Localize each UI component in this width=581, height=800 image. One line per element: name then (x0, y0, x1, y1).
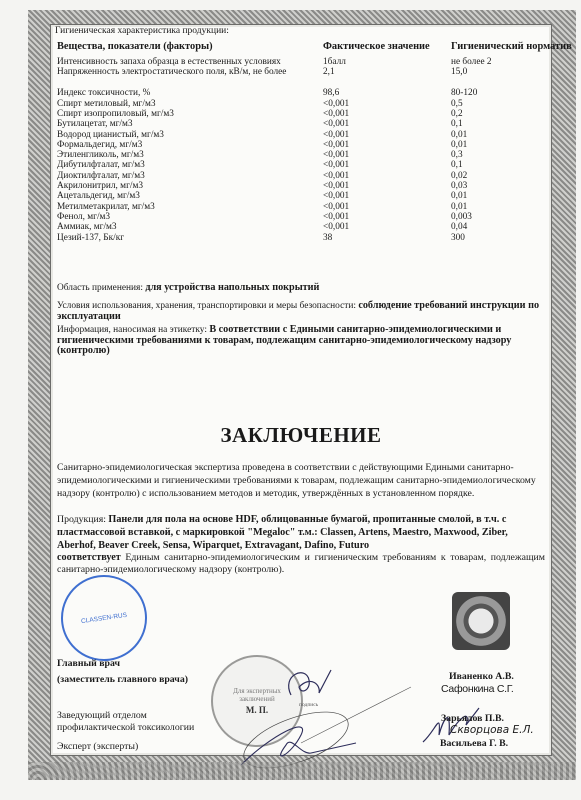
conclusion-text: Санитарно-эпидемиологическая экспертиза … (57, 462, 541, 500)
dept-head-name-handwritten: Скворцова Е.Л. (450, 724, 534, 736)
conclusion-title: ЗАКЛЮЧЕНИЕ (51, 423, 551, 448)
norm-cell: 0,003 (451, 212, 472, 222)
actual-value-cell: 98,6 (323, 88, 339, 98)
actual-value-cell: <0,001 (323, 202, 349, 212)
substance-cell: Бутилацетат, мг/м3 (57, 119, 317, 129)
certificate-frame: Гигиеническая характеристика продукции: … (28, 10, 576, 780)
actual-value-cell: <0,001 (323, 119, 349, 129)
table-header-norm: Гигиенический норматив (451, 41, 572, 52)
substance-cell: Метилметакрилат, мг/м3 (57, 202, 317, 212)
norm-cell: 0,04 (451, 222, 467, 232)
conditions-label: Условия использования, хранения, транспо… (57, 301, 356, 311)
table-header-actual: Фактическое значение (323, 41, 430, 52)
substance-cell: Акрилонитрил, мг/м3 (57, 181, 317, 191)
table-header-substance: Вещества, показатели (факторы) (57, 41, 213, 52)
compliance-value: Единым санитарно-эпидемиологическим и ги… (57, 552, 545, 575)
substance-cell: Формальдегид, мг/м3 (57, 140, 317, 150)
company-stamp: CLASSEN-RUS (55, 569, 152, 666)
compliance-line: соответствует Единым санитарно-эпидемиол… (57, 552, 545, 576)
company-stamp-text: CLASSEN-RUS (81, 611, 128, 624)
norm-cell: 0,03 (451, 181, 467, 191)
chief-name-handwritten: Сафонкина С.Г. (441, 683, 513, 695)
scope-value: для устройства напольных покрытий (145, 282, 319, 293)
actual-value-cell: <0,001 (323, 150, 349, 160)
norm-cell: не более 2 (451, 57, 492, 67)
conditions-line: Условия использования, хранения, транспо… (57, 301, 553, 322)
scope-line: Область применения: для устройства напол… (57, 283, 547, 293)
substance-cell: Спирт метиловый, мг/м3 (57, 99, 317, 109)
product-line: Продукция: Панели для пола на основе HDF… (57, 514, 545, 552)
norm-cell: 0,01 (451, 130, 467, 140)
actual-value-cell: <0,001 (323, 109, 349, 119)
substance-cell: Диоктилфталат, мг/м3 (57, 171, 317, 181)
section-caption: Гигиеническая характеристика продукции: (55, 26, 229, 36)
norm-cell: 0,01 (451, 140, 467, 150)
experts-label: Эксперт (эксперты) (57, 741, 138, 752)
substance-cell: Аммиак, мг/м3 (57, 222, 317, 232)
substance-cell: Дибутилфталат, мг/м3 (57, 160, 317, 170)
actual-value-cell: <0,001 (323, 181, 349, 191)
actual-value-cell: <0,001 (323, 212, 349, 222)
norm-cell: 80-120 (451, 88, 477, 98)
expert-name: Васильева Г. В. (440, 737, 508, 751)
substance-cell: Спирт изопропиловый, мг/м3 (57, 109, 317, 119)
substance-cell: Цезий-137, Бк/кг (57, 233, 317, 243)
substance-cell: Индекс токсичности, % (57, 88, 317, 98)
actual-value-cell: <0,001 (323, 130, 349, 140)
chief-doctor-label: Главный врач (57, 657, 120, 671)
substance-cell: Ацетальдегид, мг/м3 (57, 191, 317, 201)
expert-signature (231, 715, 361, 770)
norm-cell: 0,02 (451, 171, 467, 181)
actual-value-cell: <0,001 (323, 140, 349, 150)
norm-cell: 0,5 (451, 99, 463, 109)
actual-value-cell: <0,001 (323, 191, 349, 201)
hologram-emblem (452, 592, 510, 650)
compliance-label: соответствует (57, 552, 121, 563)
product-value: Панели для пола на основе HDF, облицован… (57, 514, 508, 551)
label-info-line: Информация, наносимая на этикетку: В соо… (57, 325, 547, 357)
actual-value-cell: <0,001 (323, 99, 349, 109)
dept-head-line2: профилактической токсикологии (57, 722, 194, 734)
norm-cell: 0,01 (451, 191, 467, 201)
seal-mp-label: М. П. (232, 705, 282, 715)
dept-head-label: Заведующий отделом профилактической токс… (57, 710, 194, 734)
actual-value-cell: <0,001 (323, 171, 349, 181)
actual-value-cell: <0,001 (323, 160, 349, 170)
actual-value-cell: 1балл (323, 57, 346, 67)
substance-cell: Водород цианистый, мг/м3 (57, 130, 317, 140)
substance-cell: Интенсивность запаха образца в естествен… (57, 57, 317, 67)
norm-cell: 300 (451, 233, 465, 243)
substance-cell: Напряженность электростатического поля, … (57, 67, 317, 77)
seal-text: Для экспертных заключений (232, 687, 282, 703)
norm-cell: 0,1 (451, 119, 463, 129)
product-label: Продукция: (57, 514, 106, 525)
scope-label: Область применения: (57, 283, 143, 293)
actual-value-cell: 38 (323, 233, 332, 243)
actual-value-cell: <0,001 (323, 222, 349, 232)
document-page: Гигиеническая характеристика продукции: … (50, 24, 552, 756)
substance-cell: Фенол, мг/м3 (57, 212, 317, 222)
chief-name: Иваненко А.В. (449, 670, 514, 684)
actual-value-cell: 2,1 (323, 67, 335, 77)
norm-cell: 0,1 (451, 160, 463, 170)
norm-cell: 15,0 (451, 67, 467, 77)
deputy-label: (заместитель главного врача) (57, 673, 188, 687)
label-info-label: Информация, наносимая на этикетку: (57, 325, 207, 335)
substance-cell: Этиленгликоль, мг/м3 (57, 150, 317, 160)
norm-cell: 0,3 (451, 150, 463, 160)
norm-cell: 0,2 (451, 109, 463, 119)
dept-head-line1: Заведующий отделом (57, 710, 194, 722)
norm-cell: 0,01 (451, 202, 467, 212)
